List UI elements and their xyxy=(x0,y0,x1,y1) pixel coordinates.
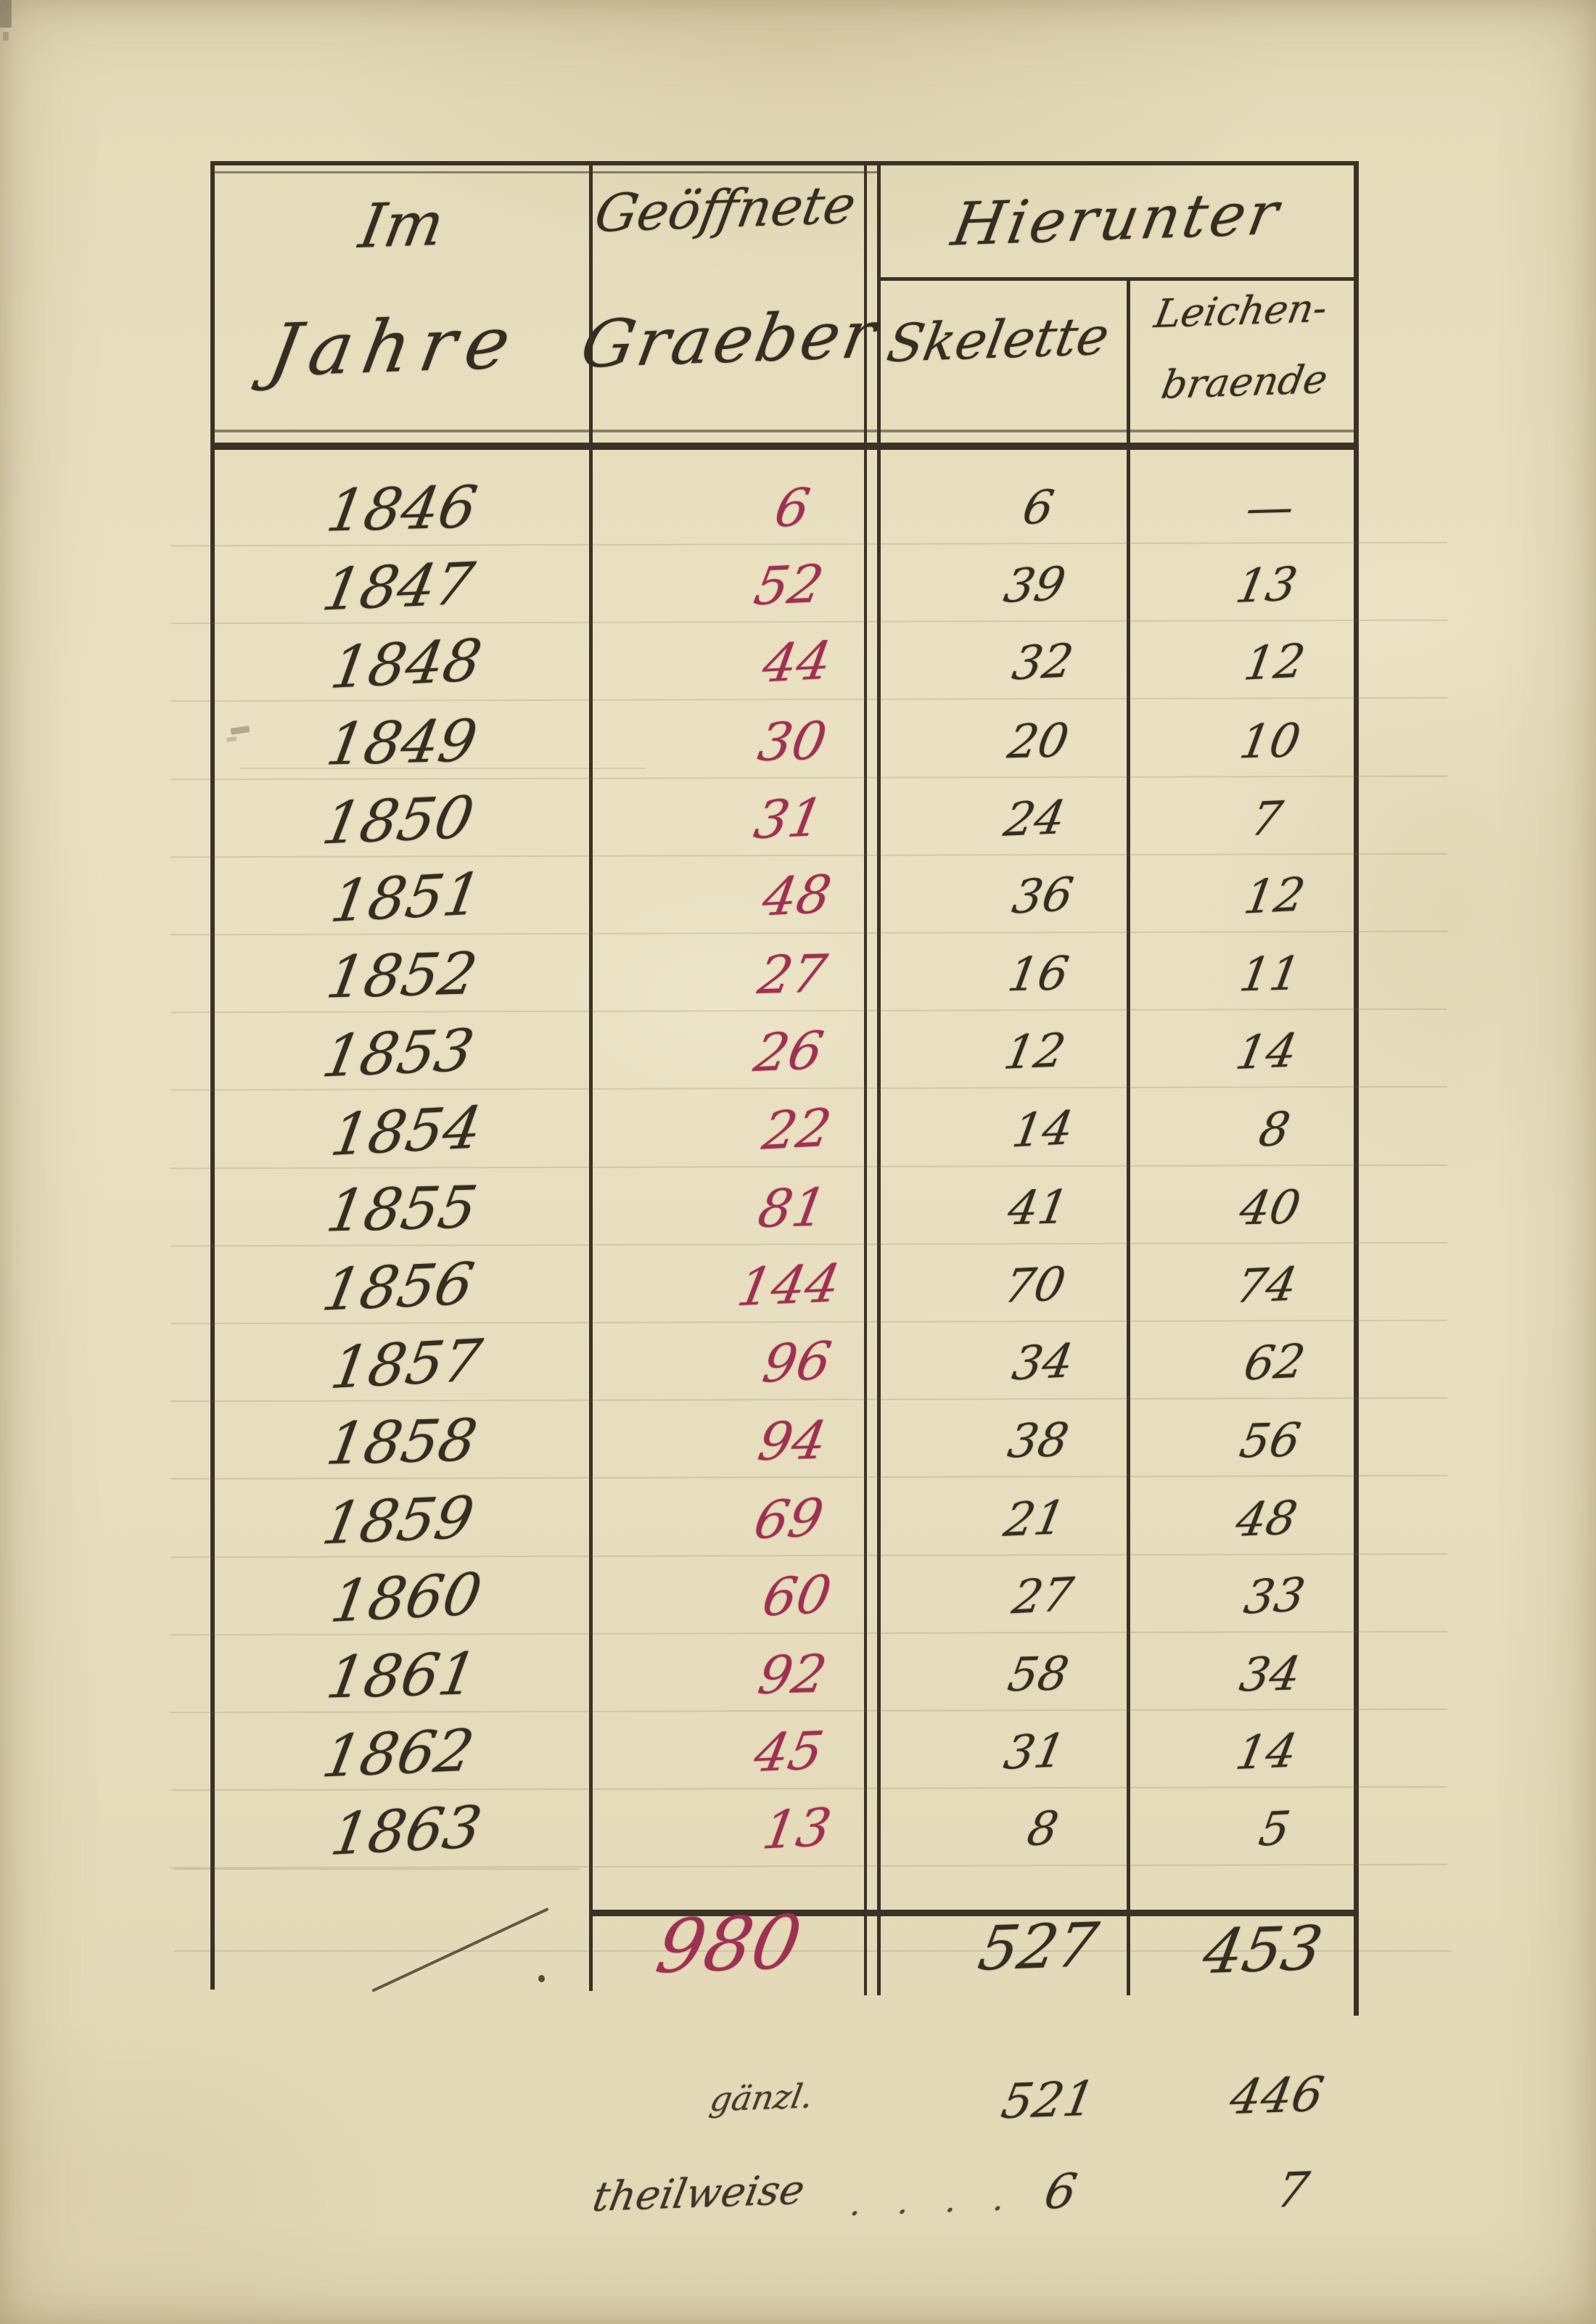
year-cell: 1861 xyxy=(207,1632,596,1719)
group-header-underline xyxy=(877,277,1359,281)
cremations-cell: 74 xyxy=(1114,1243,1389,1331)
cremations-cell: 7 xyxy=(1114,776,1389,864)
cremations-cell: 62 xyxy=(1124,1319,1396,1410)
table-row: 1846 6 6 — xyxy=(0,470,1596,548)
header-year-line1: Im xyxy=(208,188,596,262)
cremations-cell: — xyxy=(1119,467,1391,551)
cremations-cell: 12 xyxy=(1124,619,1396,710)
scan-speck xyxy=(3,32,9,41)
table-row: 1847 52 39 13 xyxy=(0,548,1596,625)
cremations-cell: 12 xyxy=(1124,852,1396,943)
cremations-cell: 14 xyxy=(1114,1009,1389,1098)
footnote-complete-label: gänzl. xyxy=(635,2077,889,2119)
year-cell: 1852 xyxy=(207,932,596,1019)
table-row: 1854 22 14 8 xyxy=(0,1093,1596,1170)
year-cell: 1863 xyxy=(211,1783,601,1880)
table-row: 1853 26 12 14 xyxy=(0,1014,1596,1092)
totals-check-mark-dot xyxy=(538,1975,545,1982)
header-graves-line1: Geöffnete xyxy=(575,178,876,240)
table-row: 1862 45 31 14 xyxy=(0,1715,1596,1792)
table-border-top-echo xyxy=(212,171,879,173)
year-cell: 1854 xyxy=(211,1083,601,1180)
footnote-complete-cremations: 446 xyxy=(1185,2069,1368,2123)
table-row: 1855 81 41 40 xyxy=(0,1170,1596,1248)
total-graves: 980 xyxy=(577,1903,881,1987)
year-cell: 1851 xyxy=(211,849,601,946)
cremations-cell: 14 xyxy=(1114,1709,1389,1798)
table-row: 1851 48 36 12 xyxy=(0,859,1596,937)
cremations-cell: 10 xyxy=(1119,700,1391,784)
table-border-top xyxy=(210,161,1359,165)
year-cell: 1857 xyxy=(211,1315,601,1413)
cremations-cell: 34 xyxy=(1119,1633,1391,1717)
year-cell: 1846 xyxy=(207,465,596,552)
cremations-cell: 5 xyxy=(1124,1786,1396,1876)
scan-speck xyxy=(0,0,12,28)
cremations-cell: 56 xyxy=(1119,1400,1391,1485)
table-row: 1859 69 21 48 xyxy=(0,1482,1596,1559)
footnote-partial-cremations: 7 xyxy=(1208,2164,1377,2217)
table-row: 1861 92 58 34 xyxy=(0,1637,1596,1715)
header-cremations-line2: braende xyxy=(1126,359,1363,406)
year-cell: 1849 xyxy=(207,699,596,786)
year-cell: 1855 xyxy=(207,1165,596,1252)
table-row: 1858 94 38 56 xyxy=(0,1403,1596,1481)
cremations-cell: 13 xyxy=(1114,543,1389,631)
table-row: 1856 144 70 74 xyxy=(0,1248,1596,1326)
cremations-cell: 8 xyxy=(1124,1085,1396,1176)
header-cremations-line1: Leichen- xyxy=(1122,288,1360,335)
scanned-document-page: Im Jahre Geöffnete Graeber Hierunter Ske… xyxy=(0,0,1596,2324)
total-cremations: 453 xyxy=(1120,1916,1383,1985)
table-row: 1860 60 27 33 xyxy=(0,1559,1596,1637)
year-cell: 1848 xyxy=(211,616,601,713)
cremations-cell: 11 xyxy=(1119,934,1391,1018)
header-bottom-line-2 xyxy=(210,443,1359,450)
header-graves-line2: Graeber xyxy=(577,303,881,378)
table-row: 1857 96 34 62 xyxy=(0,1326,1596,1403)
header-year-line2: Jahre xyxy=(199,304,589,390)
footnote-complete-skeletons: 521 xyxy=(960,2074,1136,2127)
footnote-partial-label: theilweise xyxy=(538,2169,860,2220)
cremations-cell: 40 xyxy=(1119,1167,1391,1251)
table-row: 1863 13 8 5 xyxy=(0,1792,1596,1870)
header-group-label: Hierunter xyxy=(870,182,1362,258)
header-bottom-line-1 xyxy=(210,430,1359,432)
cremations-cell: 48 xyxy=(1114,1476,1389,1564)
footnote-partial-skeletons: 6 xyxy=(983,2166,1138,2219)
table-row: 1850 31 24 7 xyxy=(0,781,1596,859)
year-cell: 1860 xyxy=(211,1549,601,1646)
table-row: 1852 27 16 11 xyxy=(0,937,1596,1014)
table-row: 1849 30 20 10 xyxy=(0,704,1596,781)
year-cell: 1858 xyxy=(207,1399,596,1486)
header-skeletons: Skelette xyxy=(865,309,1131,370)
table-row: 1848 44 32 12 xyxy=(0,625,1596,703)
cremations-cell: 33 xyxy=(1124,1552,1396,1643)
